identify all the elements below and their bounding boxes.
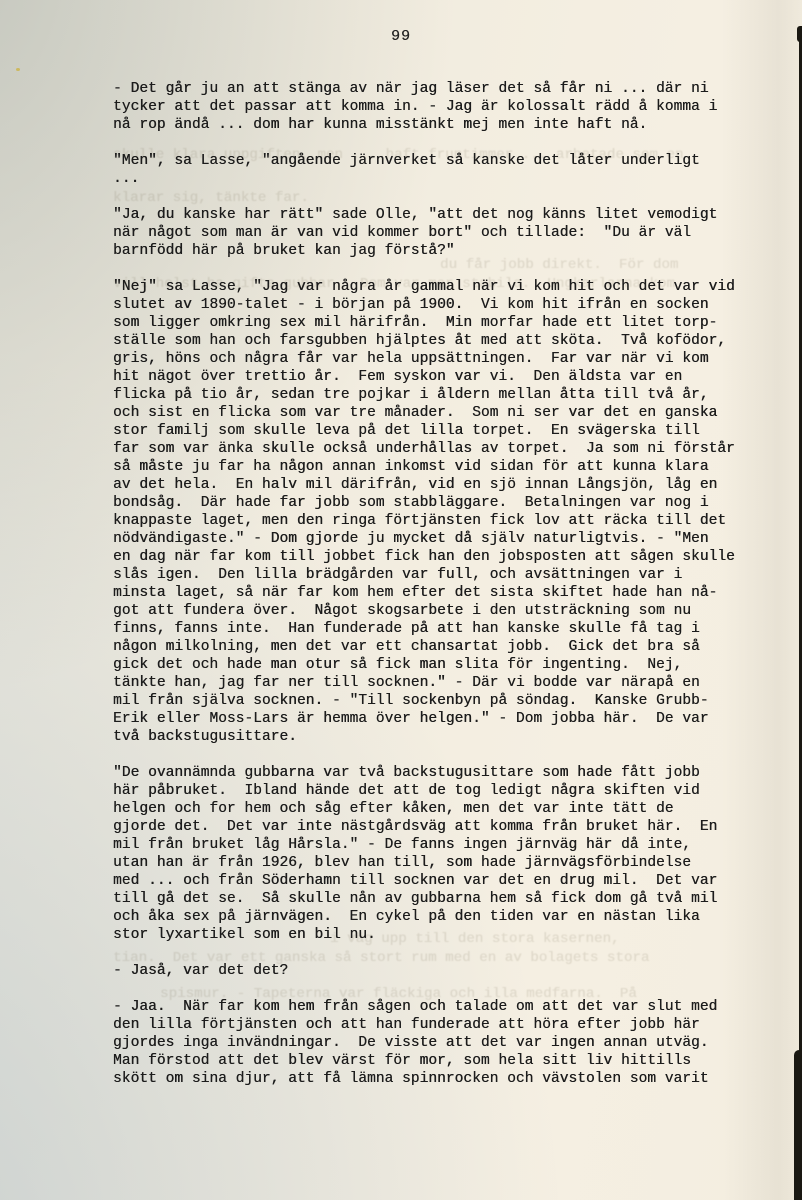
page-number: 99 bbox=[0, 28, 802, 45]
page-body: - Det går ju an att stänga av när jag lä… bbox=[113, 80, 761, 1106]
paragraph: - Jaså, var det det? bbox=[113, 962, 761, 980]
scanned-page: skulle klara uppgiften, men ... haft fru… bbox=[0, 0, 802, 1200]
scan-edge-strip-bottom bbox=[794, 1050, 802, 1200]
paper-speck bbox=[16, 68, 20, 71]
paragraph: "De ovannämnda gubbarna var två backstug… bbox=[113, 764, 761, 944]
paragraph: - Det går ju an att stänga av när jag lä… bbox=[113, 80, 761, 134]
paragraph: "Ja, du kanske har rätt" sade Olle, "att… bbox=[113, 206, 761, 260]
paragraph: "Nej" sa Lasse, "Jag var några år gammal… bbox=[113, 278, 761, 746]
paragraph: - Jaa. När far kom hem från sågen och ta… bbox=[113, 998, 761, 1088]
paragraph: "Men", sa Lasse, "angående järnverket så… bbox=[113, 152, 761, 188]
